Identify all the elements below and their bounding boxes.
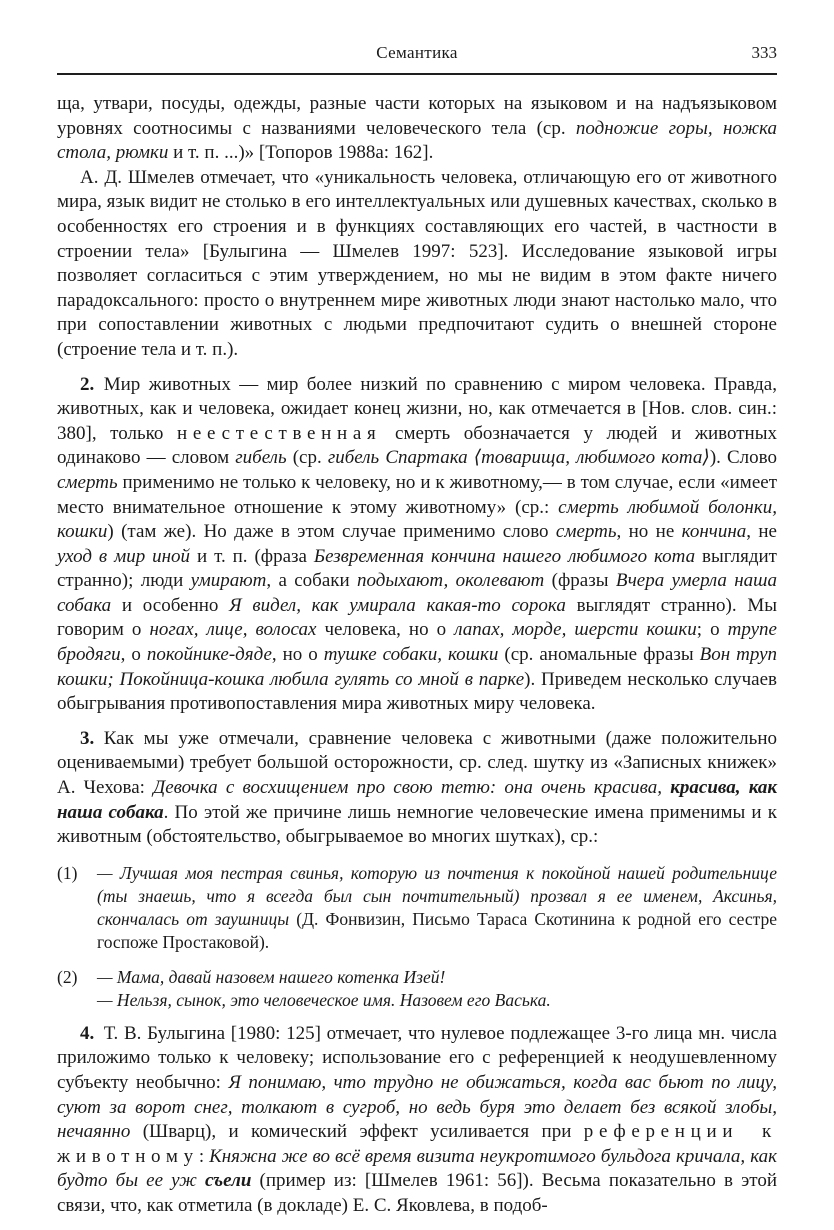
paragraph-section-4: 4. Т. В. Булыгина [1980: 125] отмечает, …	[57, 1022, 777, 1219]
example-1-marker: (1)	[57, 862, 97, 954]
running-header: Семантика 333	[57, 42, 777, 64]
example-1-line: — Лучшая моя пестрая свинья, которую из …	[97, 862, 777, 954]
header-rule	[57, 73, 777, 75]
page-body: ща, утвари, посуды, одежды, разные части…	[57, 92, 777, 1219]
example-1-text: — Лучшая моя пестрая свинья, которую из …	[97, 862, 777, 954]
example-2-line-1: — Мама, давай назовем нашего котенка Изе…	[97, 966, 777, 989]
paragraph-section-3: 3. Как мы уже отмечали, сравнение челове…	[57, 727, 777, 850]
example-2-text: — Мама, давай назовем нашего котенка Изе…	[97, 966, 777, 1012]
example-2-marker: (2)	[57, 966, 97, 1012]
example-2: (2) — Мама, давай назовем нашего котенка…	[57, 966, 777, 1012]
paragraph-section-2: 2. Мир животных — мир более низкий по ср…	[57, 373, 777, 717]
paragraph-continuation: ща, утвари, посуды, одежды, разные части…	[57, 92, 777, 166]
example-2-line-2: — Нельзя, сынок, это человеческое имя. Н…	[97, 989, 777, 1012]
running-header-title: Семантика	[57, 42, 777, 64]
example-1: (1) — Лучшая моя пестрая свинья, которую…	[57, 862, 777, 954]
page-number: 333	[752, 42, 778, 64]
paragraph-shmelev: А. Д. Шмелев отмечает, что «уникальность…	[57, 166, 777, 363]
book-page: Семантика 333 ща, утвари, посуды, одежды…	[0, 0, 834, 1230]
